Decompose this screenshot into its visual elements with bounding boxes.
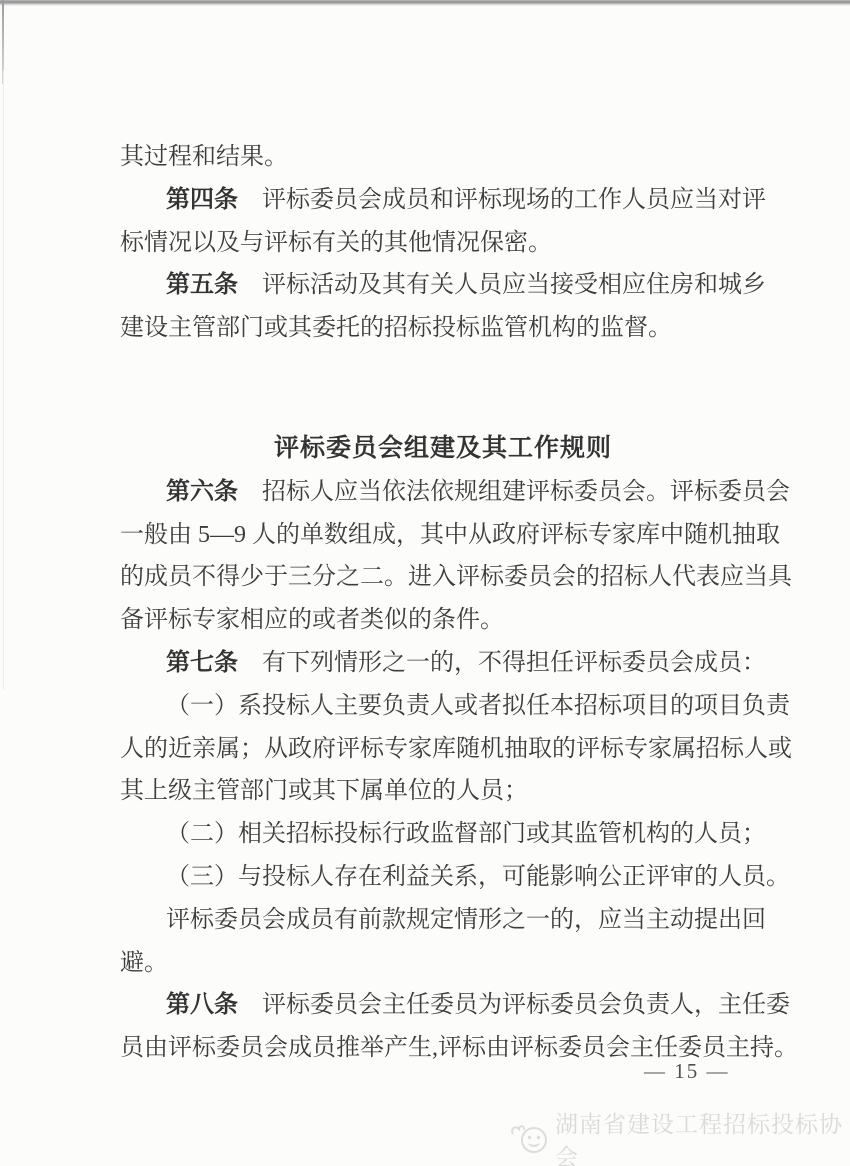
doc-line: 其过程和结果。 (120, 136, 766, 179)
doc-line-text: 招标人应当依法依规组建评标委员会。评标委员会 (262, 479, 790, 505)
doc-line: 备评标专家相应的或者类似的条件。 (120, 599, 766, 642)
doc-line-article-7: 第七条有下列情形之一的，不得担任评标委员会成员： (120, 642, 766, 685)
doc-line-article-4: 第四条评标委员会成员和评标现场的工作人员应当对评 (120, 179, 766, 222)
section-heading: 评标委员会组建及其工作规则 (120, 428, 766, 471)
article-number: 第八条 (166, 992, 238, 1018)
article-number: 第五条 (166, 272, 238, 298)
doc-line: 一般由 5—9 人的单数组成，其中从政府评标专家库中随机抽取 (120, 514, 766, 557)
doc-line-text: 评标委员会主任委员为评标委员会负责人，主任委 (262, 992, 790, 1018)
page-number: — 15 — (644, 1059, 730, 1084)
doc-line: 避。 (120, 942, 766, 985)
doc-line: 建设主管部门或其委托的招标投标监管机构的监督。 (120, 307, 766, 350)
doc-line-item-3: （三）与投标人存在利益关系，可能影响公正评审的人员。 (120, 856, 766, 899)
doc-line-article-8: 第八条评标委员会主任委员为评标委员会负责人，主任委 (120, 984, 766, 1027)
doc-line-article-5: 第五条评标活动及其有关人员应当接受相应住房和城乡 (120, 264, 766, 307)
association-logo-icon (508, 1122, 550, 1156)
doc-line-text: 评标委员会成员和评标现场的工作人员应当对评 (262, 187, 766, 213)
doc-line: 人的近亲属；从政府评标专家库随机抽取的评标专家属招标人或 (120, 728, 766, 771)
scanned-document-page: 其过程和结果。 第四条评标委员会成员和评标现场的工作人员应当对评 标情况以及与评… (0, 0, 850, 1166)
article-number: 第六条 (166, 479, 238, 505)
doc-line-article-6: 第六条招标人应当依法依规组建评标委员会。评标委员会 (120, 471, 766, 514)
doc-line: 标情况以及与评标有关的其他情况保密。 (120, 222, 766, 265)
doc-line: 评标委员会成员有前款规定情形之一的，应当主动提出回 (120, 899, 766, 942)
doc-line-text: 有下列情形之一的，不得担任评标委员会成员： (262, 650, 766, 676)
scan-edge-left-faint (3, 70, 4, 690)
doc-line: 其上级主管部门或其下属单位的人员； (120, 770, 766, 813)
doc-line: 的成员不得少于三分之二。进入评标委员会的招标人代表应当具 (120, 556, 766, 599)
article-number: 第四条 (166, 187, 238, 213)
watermark: 湖南省建设工程招标投标协会 (508, 1106, 850, 1166)
document-body: 其过程和结果。 第四条评标委员会成员和评标现场的工作人员应当对评 标情况以及与评… (120, 136, 766, 1070)
watermark-text: 湖南省建设工程招标投标协会 (555, 1106, 850, 1166)
doc-line-item-2: （二）相关招标投标行政监督部门或其监管机构的人员； (120, 813, 766, 856)
doc-line-text: 评标活动及其有关人员应当接受相应住房和城乡 (262, 272, 766, 298)
article-number: 第七条 (166, 650, 238, 676)
doc-line-item-1: （一）系投标人主要负责人或者拟任本招标项目的项目负责 (120, 685, 766, 728)
scan-edge-top (0, 0, 850, 6)
